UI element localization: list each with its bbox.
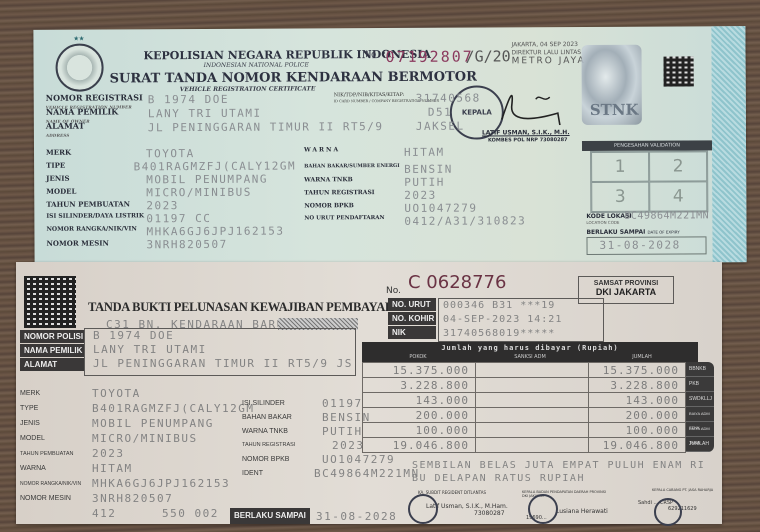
tag-adm-stnk: BIAYA ADM STNK — [686, 407, 714, 422]
field-nomor-mesin: NOMOR MESIN3NRH820507 — [46, 237, 296, 251]
amount-in-words-2: BU DELAPAN RATUS RUPIAH — [412, 473, 585, 484]
label-nomor-polisi: NOMOR POLISI — [20, 330, 84, 343]
issued-place: JAKARTA — [511, 41, 536, 48]
vehicle-details-right: ISI SILINDER01197 BAHAN BAKARBENSIN WARN… — [242, 396, 420, 480]
validation-header: PENGESAHAN VALIDATION — [582, 140, 712, 151]
qr-code-icon — [24, 276, 76, 328]
owner-values-box: B 1974 DOE LANY TRI UTAMI JL PENINGGARAN… — [84, 328, 356, 376]
address-label: ALAMATADDRESS — [46, 122, 85, 140]
stars-icon: ★★ — [73, 34, 84, 44]
ref-labels: NO. URUT NO. KOHIR NIK — [388, 298, 436, 339]
tag-pkb: PKB — [686, 377, 714, 392]
col-pokok: POKOK — [362, 354, 474, 362]
receipt-number: C 0628776 — [408, 272, 506, 293]
field-merk: MERKTOYOTA — [20, 386, 254, 401]
nik-value: 31740568 — [416, 92, 481, 105]
field-no-urut: NO URUT PENDAFTARAN0412/A31/310823 — [304, 214, 594, 229]
value-nomor-polisi: B 1974 DOE — [85, 329, 355, 343]
payment-row-pkb: 3.228.8003.228.800 — [363, 378, 686, 393]
address-district: D51 — [428, 106, 452, 119]
samsat-line2: DKI JAKARTA — [579, 287, 673, 297]
tag-bbnkb: BBNKB — [686, 362, 714, 377]
location-code-value: BC49864M221MN — [624, 210, 709, 221]
value-nama-pemilik: LANY TRI UTAMI — [85, 343, 355, 357]
field-tahun-registrasi: TAHUN REGISTRASI2023 — [242, 438, 420, 452]
police-stamp-icon — [408, 494, 438, 524]
payment-row-bbnkb: 15.375.00015.375.000 — [363, 363, 686, 378]
signature-block-bapenda: KEPALA BADAN PENDAPATAN DAERAH PROVINSI … — [522, 490, 612, 521]
bapenda-stamp-icon — [528, 494, 558, 524]
document-title-en: VEHICLE REGISTRATION CERTIFICATE — [180, 85, 316, 93]
receipt-number-label: No. — [386, 286, 401, 296]
expiry-label: BERLAKU SAMPAI DATE OF EXPIRY — [586, 228, 679, 235]
field-jenis: JENISMOBIL PENUMPANG — [20, 416, 254, 431]
field-extra-codes: 412550 002 — [20, 506, 254, 521]
field-merk: MERKTOYOTA — [46, 146, 296, 160]
field-nomor-rangka: NOMOR RANGKA/NIK/VINMHKA6GJ6JPJ162153 — [20, 476, 254, 491]
label-alamat: ALAMAT — [20, 358, 84, 371]
security-edge-pattern — [711, 26, 746, 262]
field-isi-silinder: ISI SILINDER01197 — [242, 396, 420, 410]
field-model: MODELMICRO/MINIBUS — [20, 431, 254, 446]
field-nomor-rangka: NOMOR RANGKA/NIK/VINMHKA6GJ6JPJ162153 — [46, 224, 296, 238]
signature-icon — [500, 85, 590, 125]
field-warna-tnkb: WARNA TNKBPUTIH — [242, 424, 420, 438]
address-city: JAKSEL — [416, 120, 465, 133]
cert-series: /G/20 — [465, 47, 510, 65]
document-title: SURAT TANDA NOMOR KENDARAAN BERMOTOR — [110, 70, 477, 87]
value-no-urut: 000346 B31 ***19 — [439, 299, 603, 313]
reg-number-value: B 1974 DOE — [148, 93, 229, 106]
field-warna: WARNAHITAM — [20, 461, 254, 476]
validation-grid: 1 2 3 4 — [590, 150, 708, 213]
signer-rank: KOMBES POL NRP 73080287 — [488, 137, 568, 143]
expiry-value: 31-08-2028 — [587, 237, 705, 254]
owner-name-value: LANY TRI UTAMI — [148, 107, 262, 121]
stnk-hologram-text: STNK — [590, 101, 639, 119]
field-tipe: TIPEB401RAGMZFJ(CALY12GM — [46, 159, 296, 173]
validation-cell-1: 1 — [591, 152, 649, 182]
label-nama-pemilik: NAMA PEMILIK — [20, 344, 84, 357]
value-alamat: JL PENINGGARAN TIMUR II RT5/9 JS — [85, 357, 355, 371]
field-bahan-bakar: BAHAN BAKARBENSIN — [242, 410, 420, 424]
field-isi-silinder: ISI SILINDER/DAYA LISTRIK01197 CC — [46, 211, 296, 225]
field-ident: IDENTBC49864M221MN — [242, 466, 420, 480]
address-value: JL PENINGGARAN TIMUR II RT5/9 — [148, 120, 384, 134]
agency-name-en: INDONESIAN NATIONAL POLICE — [204, 61, 309, 69]
tag-swdkllj: SWDKLLJ — [686, 392, 714, 407]
field-model: MODELMICRO/MINIBUS — [46, 185, 296, 199]
samsat-line1: SAMSAT PROVINSI — [579, 280, 673, 287]
expiry-value: 31-08-2028 — [316, 510, 397, 523]
payment-column-headers: POKOK SANKSI ADM JUMLAH — [362, 354, 698, 362]
signature-block-police: KA. SUBDIT REGIDENT DITLANTAS Latif Usma… — [408, 490, 508, 517]
validation-cell-4: 4 — [649, 181, 707, 211]
owner-labels: NOMOR POLISI NAMA PEMILIK ALAMAT — [20, 330, 84, 371]
payment-row-tags: BBNKB PKB SWDKLLJ BIAYA ADM STNK BIAYA A… — [686, 362, 714, 452]
expiry-box: 31-08-2028 — [586, 236, 706, 255]
issuer-block: JAKARTA, 04 SEP 2023 DIREKTUR LALU LINTA… — [511, 41, 585, 66]
expiry-label: BERLAKU SAMPAI — [230, 508, 310, 524]
col-jumlah: JUMLAH — [586, 354, 698, 362]
field-nomor-mesin: NOMOR MESIN3NRH820507 — [20, 491, 254, 506]
cert-number-label: No.: — [365, 50, 387, 60]
col-sanksi: SANKSI ADM — [474, 354, 586, 362]
amount-in-words-1: SEMBILAN BELAS JUTA EMPAT PULUH ENAM RI — [412, 460, 705, 471]
issuer-unit: METRO JAYA — [512, 56, 586, 66]
ref-values-box: 000346 B31 ***19 04-SEP-2023 14:21 31740… — [438, 298, 604, 342]
cert-number: 07192807 — [385, 48, 473, 66]
jasa-raharja-stamp-icon — [654, 498, 682, 526]
signature-block-jasa-raharja: KEPALA CABANG PT. JASA RAHARJA Sahdi ...… — [638, 488, 718, 512]
validation-cell-3: 3 — [591, 182, 649, 212]
payment-header: Jumlah yang harus dibayar (Rupiah) — [362, 342, 698, 354]
signer-name: LATIF USMAN, S.I.K., M.H. — [482, 129, 570, 136]
field-type: TYPEB401RAGMZFJ(CALY12GM — [20, 401, 254, 416]
field-nomor-bpkb: NOMOR BPKBUO1047279 — [242, 452, 420, 466]
vehicle-fields-right: WARNAHITAM BAHAN BAKAR/SUMBER ENERGIBENS… — [304, 145, 594, 229]
police-crest-icon — [55, 43, 103, 91]
field-tahun-pembuatan: TAHUN PEMBUATAN2023 — [46, 198, 296, 212]
vehicle-details-left: MERKTOYOTA TYPEB401RAGMZFJ(CALY12GM JENI… — [20, 386, 254, 521]
location-code-sub: LOCATION CODE — [586, 220, 619, 225]
field-warna: WARNAHITAM — [304, 145, 594, 164]
label-nik: NIK — [388, 326, 436, 339]
tax-payment-receipt: TANDA BUKTI PELUNASAN KEWAJIBAN PEMBAYAR… — [16, 262, 722, 524]
validation-cell-2: 2 — [649, 151, 707, 181]
receipt-title: TANDA BUKTI PELUNASAN KEWAJIBAN PEMBAYAR… — [88, 300, 411, 315]
qr-code-icon — [664, 56, 694, 86]
value-no-kohir: 04-SEP-2023 14:21 — [439, 313, 603, 327]
value-nik: 31740568019***** — [439, 327, 603, 341]
stnk-document: ★★ KEPOLISIAN NEGARA REPUBLIK INDONESIA … — [33, 26, 746, 266]
field-jenis: JENISMOBIL PENUMPANG — [46, 172, 296, 186]
label-no-urut: NO. URUT — [388, 298, 436, 311]
field-tahun-pembuatan: TAHUN PEMBUATAN2023 — [20, 446, 254, 461]
tag-adm-tnkb: BIAYA ADM TNKB — [686, 422, 714, 437]
tag-jumlah: JUMLAH — [686, 437, 714, 452]
issued-date: 04 SEP 2023 — [540, 41, 578, 48]
label-no-kohir: NO. KOHIR — [388, 312, 436, 325]
vehicle-fields-left: MERKTOYOTA TIPEB401RAGMZFJ(CALY12GM JENI… — [46, 146, 297, 251]
